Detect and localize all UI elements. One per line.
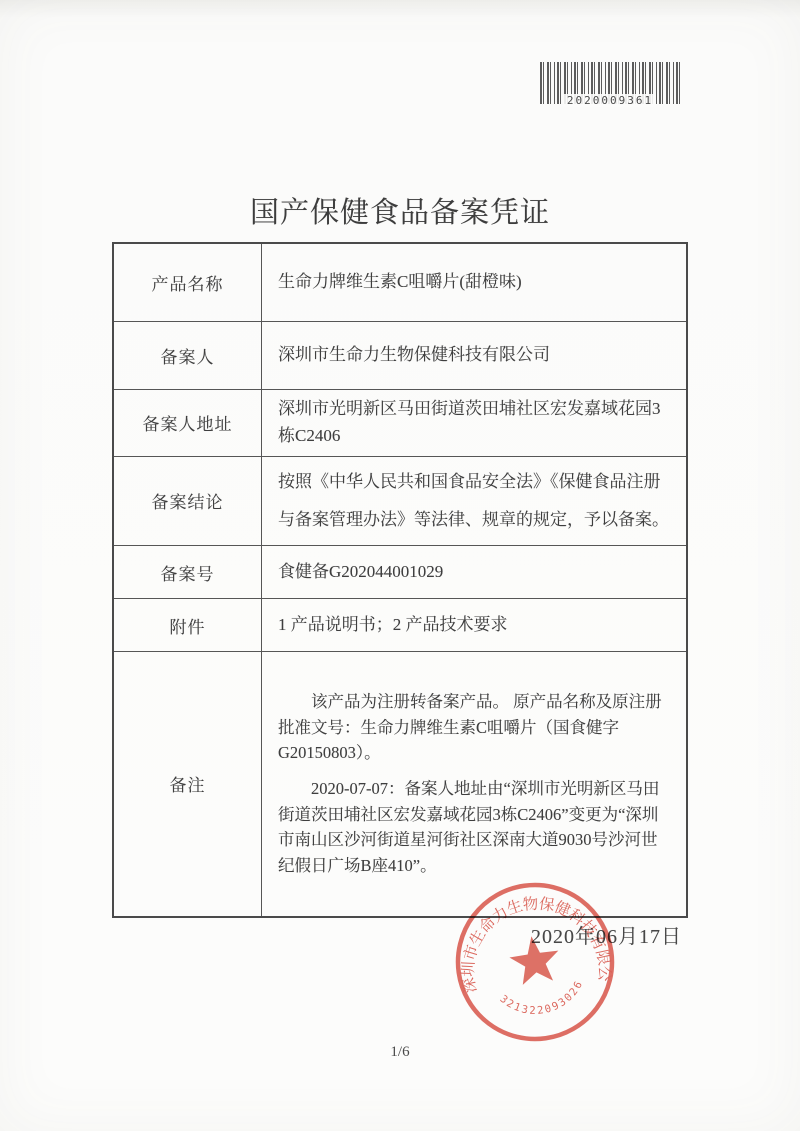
- certificate-title: 国产保健食品备案凭证: [0, 190, 800, 231]
- table-row: 备注该产品为注册转备案产品。 原产品名称及原注册批准文号：生命力牌维生素C咀嚼片…: [113, 652, 687, 917]
- barcode-number: 2020009361: [564, 94, 656, 107]
- page-number: 1/6: [0, 1044, 800, 1061]
- row-value: 深圳市生命力生物保健科技有限公司: [262, 321, 688, 389]
- scanned-certificate-page: 2020009361 国产保健食品备案凭证 产品名称生命力牌维生素C咀嚼片(甜橙…: [0, 0, 800, 1131]
- table-row: 附件1 产品说明书；2 产品技术要求: [113, 599, 687, 652]
- row-value: 1 产品说明书；2 产品技术要求: [262, 599, 688, 652]
- row-value: 按照《中华人民共和国食品安全法》《保健食品注册与备案管理办法》等法律、规章的规定…: [262, 456, 688, 546]
- row-value: 食健备G202044001029: [262, 546, 688, 599]
- certificate-table: 产品名称生命力牌维生素C咀嚼片(甜橙味)备案人深圳市生命力生物保健科技有限公司备…: [112, 242, 688, 918]
- issue-date: 2020年06月17日: [531, 920, 682, 949]
- table-row: 产品名称生命力牌维生素C咀嚼片(甜橙味): [113, 243, 687, 321]
- table-row: 备案结论按照《中华人民共和国食品安全法》《保健食品注册与备案管理办法》等法律、规…: [113, 456, 687, 546]
- table-row: 备案号食健备G202044001029: [113, 546, 687, 599]
- row-label: 备案人: [113, 321, 262, 389]
- row-label: 附件: [113, 599, 262, 652]
- table-row: 备案人地址深圳市光明新区马田街道茨田埔社区宏发嘉域花园3栋C2406: [113, 389, 687, 456]
- remark-paragraph: 2020-07-07：备案人地址由“深圳市光明新区马田街道茨田埔社区宏发嘉域花园…: [278, 776, 670, 878]
- row-label: 备注: [113, 652, 262, 917]
- row-label: 备案结论: [113, 456, 262, 546]
- certificate-table-body: 产品名称生命力牌维生素C咀嚼片(甜橙味)备案人深圳市生命力生物保健科技有限公司备…: [113, 243, 687, 917]
- barcode: 2020009361: [540, 62, 680, 104]
- row-value: 深圳市光明新区马田街道茨田埔社区宏发嘉域花园3栋C2406: [262, 389, 688, 456]
- row-label: 备案人地址: [113, 389, 262, 456]
- row-label: 产品名称: [113, 243, 262, 321]
- remark-paragraph: 该产品为注册转备案产品。 原产品名称及原注册批准文号：生命力牌维生素C咀嚼片（国…: [278, 689, 670, 766]
- row-label: 备案号: [113, 546, 262, 599]
- row-value: 生命力牌维生素C咀嚼片(甜橙味): [262, 243, 688, 321]
- table-row: 备案人深圳市生命力生物保健科技有限公司: [113, 321, 687, 389]
- row-value: 该产品为注册转备案产品。 原产品名称及原注册批准文号：生命力牌维生素C咀嚼片（国…: [262, 652, 688, 917]
